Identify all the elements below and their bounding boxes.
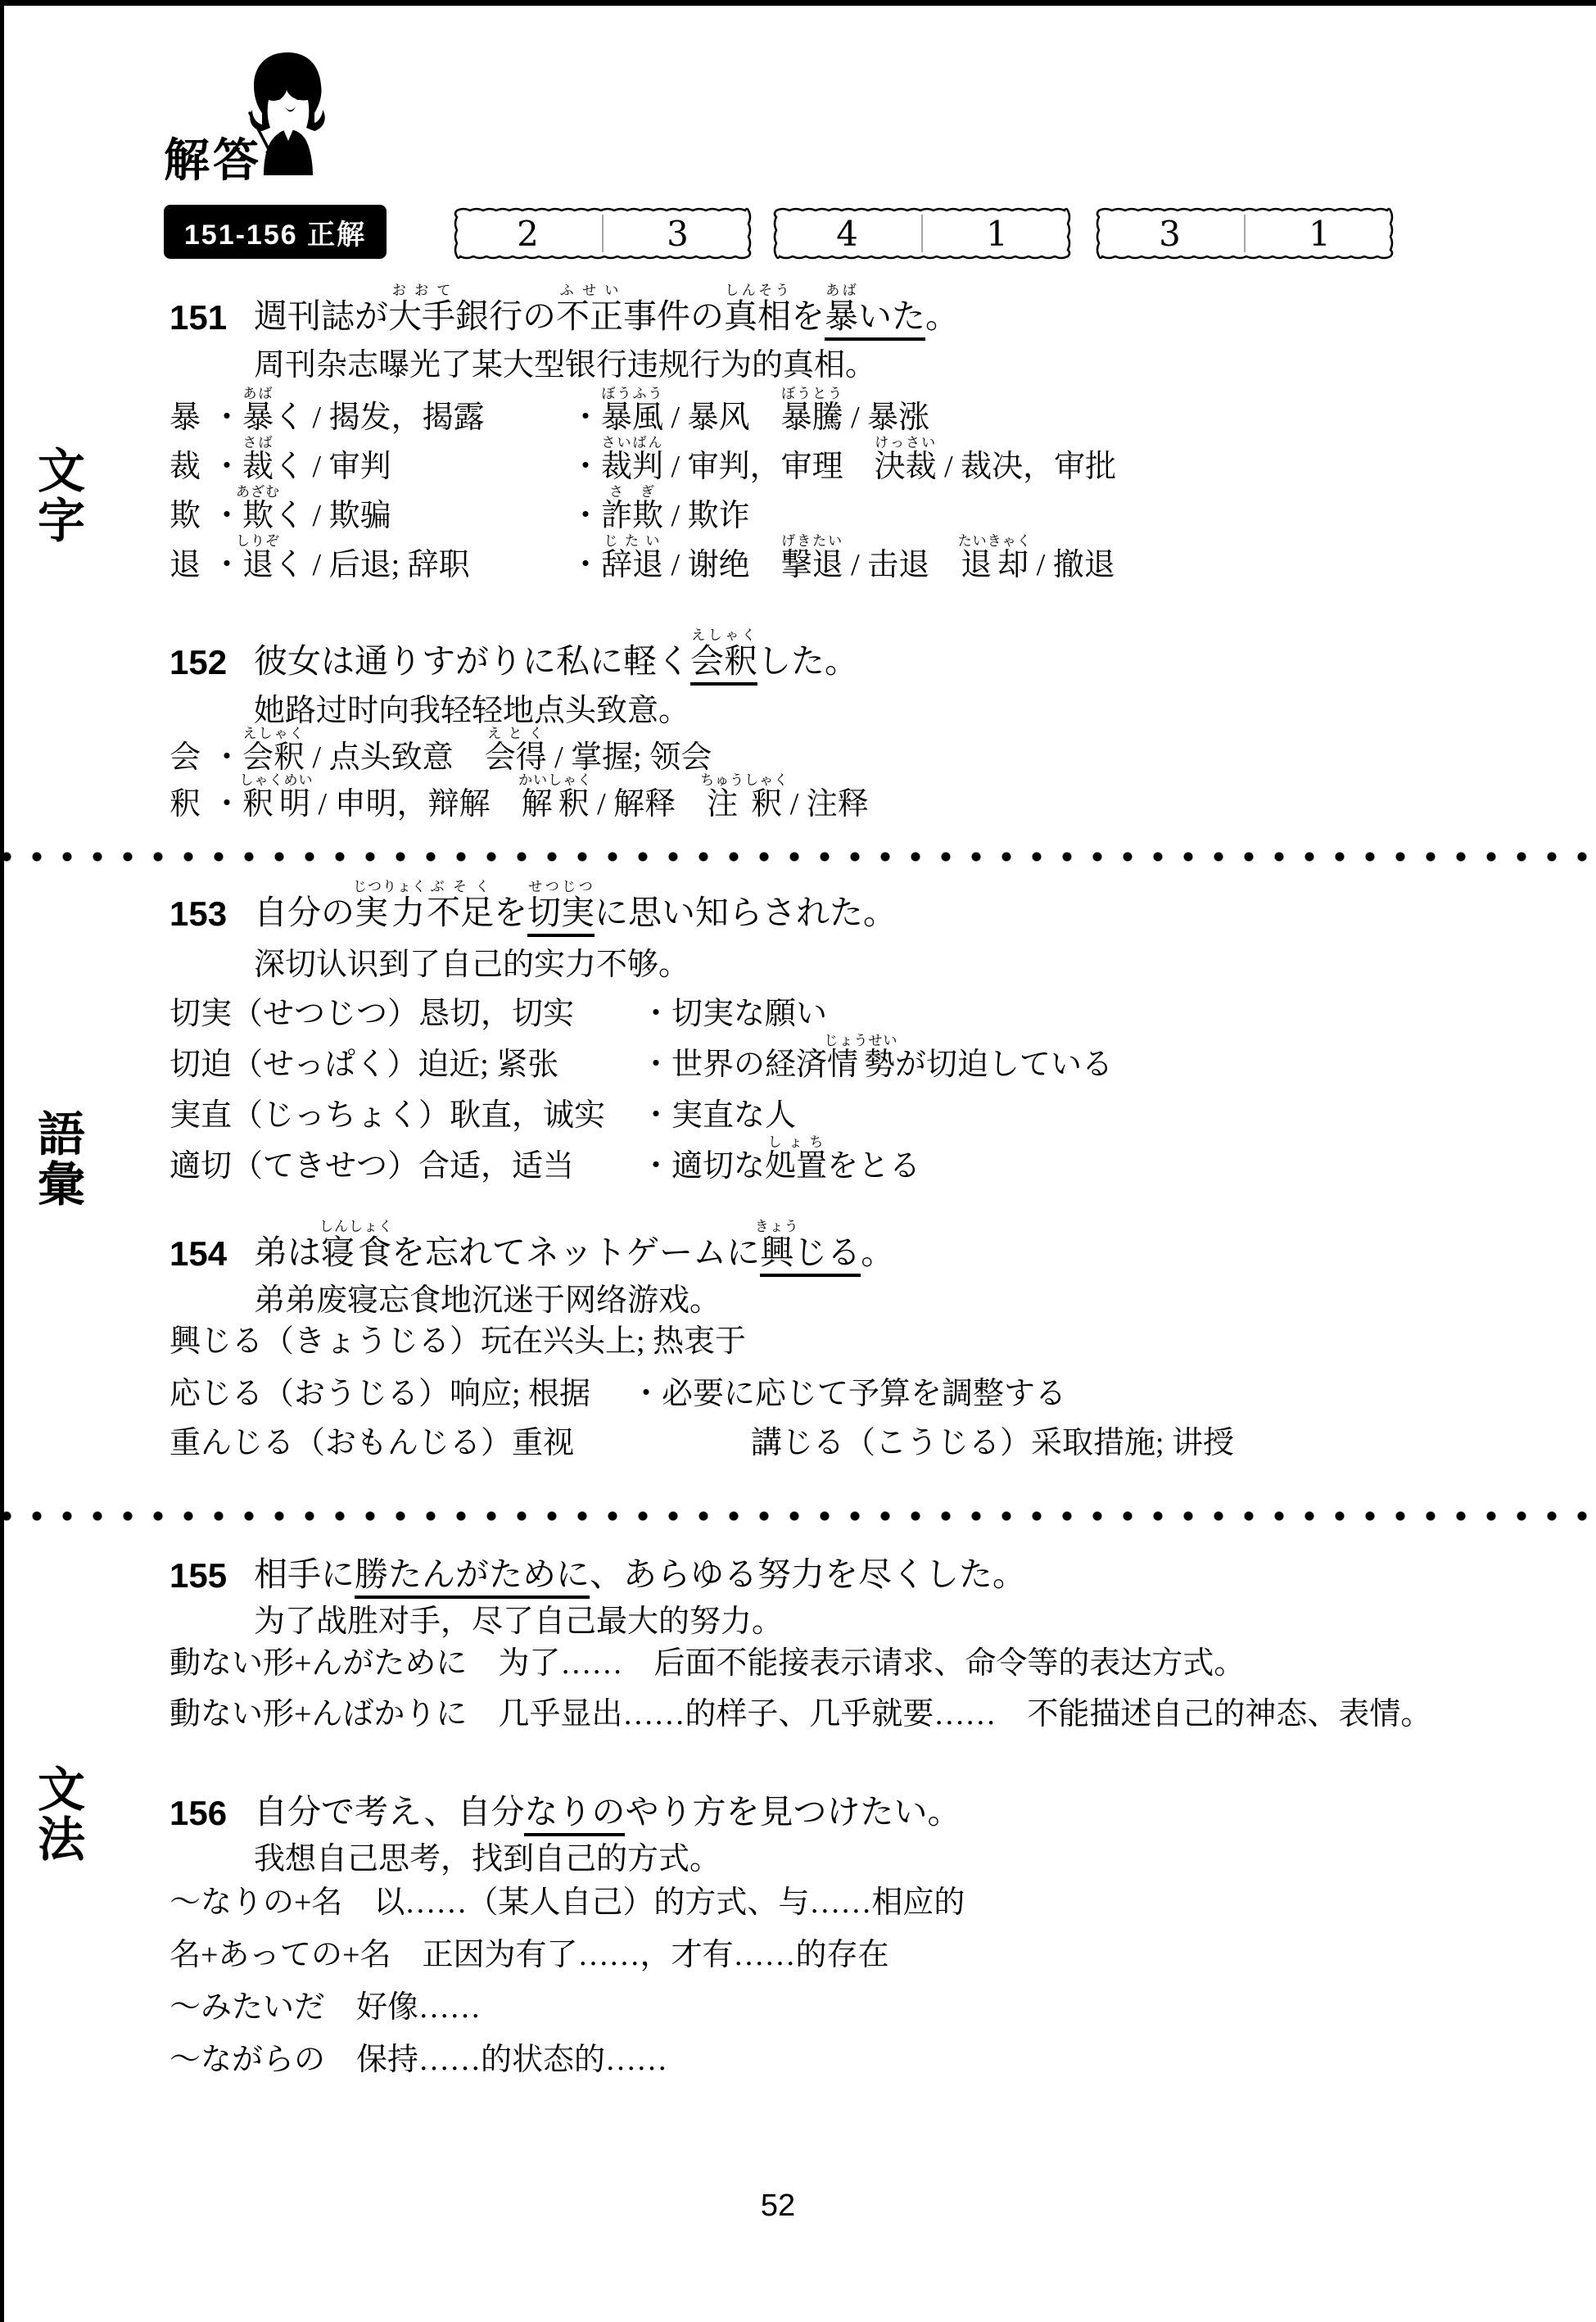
question-number: 156 — [170, 1796, 254, 1831]
question-number: 154 — [170, 1237, 254, 1271]
row-head-kanji: 裁 — [170, 450, 211, 485]
teacher-girl-icon — [242, 48, 332, 188]
answer-value-156: 1 — [1245, 206, 1395, 260]
grammar-line: 動ない形+んがために 为了…… 后面不能接表示请求、命令等的表达方式。 — [170, 1636, 1245, 1682]
sidebar-label-bunpo: 文法 — [36, 1765, 87, 1866]
page-edge-left — [0, 0, 4, 2322]
question-153-sentence: 153 自分の実力じつりょく不足ぶそくを切実せつじつに思い知らされた。 — [170, 879, 897, 931]
grammar-rule: ～ながらの 保持……的状态的…… — [170, 2044, 667, 2078]
row-col2: ・辞退じたい / 谢绝 撃退げきたい / 击退 退却たいきゃく / 撤退 — [570, 533, 1115, 583]
grammar-line: ～ながらの 保持……的状态的…… — [170, 2033, 667, 2078]
vocab-line: 重んじる（おもんじる）重视 講じる（こうじる）采取措施; 讲授 — [170, 1410, 1234, 1461]
row-col2: ・詐欺さぎ / 欺诈 — [570, 484, 750, 534]
row-head-kanji: 欺 — [170, 500, 211, 534]
answer-value-153: 4 — [772, 206, 922, 260]
row-head-kanji: 会 — [170, 741, 211, 776]
dotted-divider — [0, 1510, 1596, 1523]
vocab-entry: 実直（じっちょく）耿直，诚实 — [170, 1099, 640, 1134]
kanji-row: 欺 ・欺あざむく / 欺骗 ・詐欺さぎ / 欺诈 — [170, 483, 750, 534]
row-head-kanji: 暴 — [170, 401, 211, 436]
kanji-row: 裁 ・裁さばく / 审判 ・裁判さいばん / 审判，审理 決裁けっさい / 裁决… — [170, 434, 1116, 485]
question-152-sentence: 152 彼女は通りすがりに私に軽く会釈えしゃくした。 — [170, 627, 858, 680]
answer-range-banner: 151-156 正解 — [164, 205, 387, 259]
grammar-rule: 名+あっての+名 正因为有了……，才有……的存在 — [170, 1939, 888, 1973]
row-head-kanji: 釈 — [170, 788, 211, 822]
kanji-row: 釈 ・釈明しゃくめい / 申明，辩解 解釈かいしゃく / 解释 注釈ちゅうしゃく… — [170, 772, 869, 822]
vocab-entry: 講じる（こうじる）采取措施; 讲授 — [751, 1427, 1234, 1461]
sentence-text: 相手に勝たんがために、あらゆる努力を尽くした。 — [254, 1556, 1026, 1593]
question-number: 152 — [170, 645, 254, 680]
vocab-entry: 重んじる（おもんじる）重视 — [170, 1427, 751, 1461]
vocab-pair-row: 切迫（せっぱく）迫近; 紧张 ・世界の経済情勢じょうせいが切迫している — [170, 1032, 1113, 1083]
row-col1: ・退しりぞく / 后退; 辞职 — [211, 533, 570, 583]
grammar-line: ～みたいだ 好像…… — [170, 1980, 481, 2026]
question-151-sentence: 151 週刊誌が大手おおて銀行の不正ふせい事件の真相しんそうを暴あばいた。 — [170, 283, 959, 335]
answer-value-154: 1 — [922, 206, 1072, 260]
sentence-text: 週刊誌が大手おおて銀行の不正ふせい事件の真相しんそうを暴あばいた。 — [254, 283, 959, 335]
vocab-example: ・必要に応じて予算を調整する — [631, 1378, 1066, 1412]
vocab-entry: 応じる（おうじる）响应; 根据 — [170, 1378, 631, 1412]
row-head-kanji: 退 — [170, 549, 211, 583]
row-col1: ・暴あばく / 揭发，揭露 — [211, 386, 570, 436]
grammar-rule: ～みたいだ 好像…… — [170, 1991, 481, 2026]
answer-box-1: 2 3 — [453, 206, 753, 260]
row-col1: ・釈明しゃくめい / 申明，辩解 解釈かいしゃく / 解释 注釈ちゅうしゃく /… — [211, 772, 869, 822]
question-151-translation: 周刊杂志曝光了某大型银行违规行为的真相。 — [254, 347, 876, 385]
vocab-line: 興じる（きょうじる）玩在兴头上; 热衷于 — [170, 1309, 746, 1360]
sidebar-label-moji: 文字 — [36, 446, 87, 547]
question-number: 151 — [170, 301, 254, 335]
kanji-row: 暴 ・暴あばく / 揭发，揭露 ・暴風ぼうふう / 暴风 暴騰ぼうとう / 暴涨 — [170, 385, 929, 436]
kanji-row: 退 ・退しりぞく / 后退; 辞职 ・辞退じたい / 谢绝 撃退げきたい / 击… — [170, 532, 1115, 583]
grammar-rule: 動ない形+んばかりに 几乎显出……的样子、几乎就要…… 不能描述自己的神态、表情… — [170, 1698, 1431, 1732]
vocab-example: ・世界の経済情勢じょうせいが切迫している — [640, 1033, 1113, 1083]
vocab-example: ・切実な願い — [640, 998, 827, 1032]
question-155-sentence: 155 相手に勝たんがために、あらゆる努力を尽くした。 — [170, 1541, 1026, 1593]
question-156-sentence: 156 自分で考え、自分なりのやり方を見つけたい。 — [170, 1778, 961, 1831]
page-number: 52 — [0, 2188, 1556, 2224]
question-154-sentence: 154 弟は寝食しんしょくを忘れてネットゲームに興きょうじる。 — [170, 1219, 894, 1271]
kanji-row: 会 ・会釈えしゃく / 点头致意 会得えとく / 掌握; 领会 — [170, 725, 712, 776]
question-153-translation: 深切认识到了自己的实力不够。 — [254, 947, 689, 984]
grammar-rule: ～なりの+名 以……（某人自己）的方式、与……相应的 — [170, 1886, 965, 1921]
vocab-example: ・適切な処置しょちをとる — [640, 1134, 920, 1184]
scanned-answer-page: { "page_number": "52", "sidebar_labels":… — [0, 0, 1596, 2322]
vocab-entry: 切迫（せっぱく）迫近; 紧张 — [170, 1048, 640, 1083]
row-col1: ・欺あざむく / 欺骗 — [211, 484, 570, 534]
vocab-entry: 適切（てきせつ）合适，适当 — [170, 1150, 640, 1184]
dotted-divider — [0, 850, 1596, 863]
sentence-text: 彼女は通りすがりに私に軽く会釈えしゃくした。 — [254, 627, 858, 680]
row-col1: ・裁さばく / 审判 — [211, 435, 570, 485]
grammar-line: 名+あっての+名 正因为有了……，才有……的存在 — [170, 1928, 888, 1973]
question-number: 155 — [170, 1559, 254, 1593]
vocab-entry: 切実（せつじつ）恳切，切实 — [170, 998, 640, 1032]
grammar-rule: 動ない形+んがために 为了…… 后面不能接表示请求、命令等的表达方式。 — [170, 1647, 1245, 1682]
vocab-entry: 興じる（きょうじる）玩在兴头上; 热衷于 — [170, 1325, 746, 1360]
vocab-example: ・実直な人 — [640, 1099, 796, 1134]
row-col2: ・暴風ぼうふう / 暴风 暴騰ぼうとう / 暴涨 — [570, 386, 929, 436]
vocab-pair-row: 実直（じっちょく）耿直，诚实 ・実直な人 — [170, 1083, 796, 1134]
vocab-line: 応じる（おうじる）响应; 根据 ・必要に応じて予算を調整する — [170, 1361, 1066, 1412]
answer-box-3: 3 1 — [1095, 206, 1395, 260]
sentence-text: 自分の実力じつりょく不足ぶそくを切実せつじつに思い知らされた。 — [254, 879, 897, 931]
sentence-text: 自分で考え、自分なりのやり方を見つけたい。 — [254, 1794, 961, 1831]
vocab-pair-row: 切実（せつじつ）恳切，切实 ・切実な願い — [170, 981, 827, 1032]
row-col1: ・会釈えしゃく / 点头致意 会得えとく / 掌握; 领会 — [211, 726, 712, 776]
row-col2: ・裁判さいばん / 审判，审理 決裁けっさい / 裁决，审批 — [570, 435, 1116, 485]
sidebar-label-goi: 語彙 — [36, 1110, 87, 1211]
grammar-line: ～なりの+名 以……（某人自己）的方式、与……相应的 — [170, 1876, 965, 1921]
sentence-text: 弟は寝食しんしょくを忘れてネットゲームに興きょうじる。 — [254, 1219, 894, 1271]
answer-box-2: 4 1 — [772, 206, 1072, 260]
question-number: 153 — [170, 897, 254, 931]
vocab-pair-row: 適切（てきせつ）合适，适当 ・適切な処置しょちをとる — [170, 1134, 920, 1184]
answer-value-155: 3 — [1095, 206, 1245, 260]
page-edge-top — [0, 0, 1596, 6]
grammar-line: 動ない形+んばかりに 几乎显出……的样子、几乎就要…… 不能描述自己的神态、表情… — [170, 1687, 1431, 1732]
question-156-translation: 我想自己思考，找到自己的方式。 — [254, 1841, 721, 1879]
question-155-translation: 为了战胜对手，尽了自己最大的努力。 — [254, 1604, 783, 1641]
answer-value-152: 3 — [603, 206, 753, 260]
answer-value-151: 2 — [453, 206, 603, 260]
